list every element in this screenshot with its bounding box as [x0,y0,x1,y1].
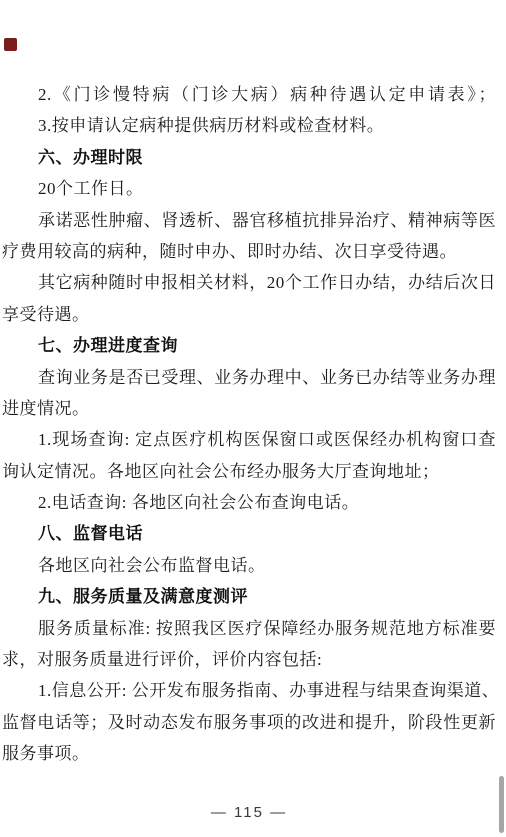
section-heading: 八、监督电话 [2,518,496,549]
text-line: 监督电话等；及时动态发布服务事项的改进和提升，阶段性更新 [2,707,496,738]
text-line: 1.现场查询: 定点医疗机构医保窗口或医保经办机构窗口查 [2,424,496,455]
red-square-marker-icon [4,38,17,51]
text-line: 2.电话查询: 各地区向社会公布查询电话。 [2,487,496,518]
text-line: 享受待遇。 [2,299,496,330]
text-line: 求，对服务质量进行评价，评价内容包括: [2,644,496,675]
text-line: 询认定情况。各地区向社会公布经办服务大厅查询地址； [2,456,496,487]
text-line: 进度情况。 [2,393,496,424]
text-line: 疗费用较高的病种，随时申办、即时办结、次日享受待遇。 [2,236,496,267]
section-heading: 六、办理时限 [2,142,496,173]
text-line: 各地区向社会公布监督电话。 [2,550,496,581]
page-number: — 115 — [2,804,496,821]
text-line: 2.《门诊慢特病（门诊大病）病种待遇认定申请表》； [2,79,496,110]
text-line: 服务事项。 [2,738,496,769]
text-line: 20个工作日。 [2,173,496,204]
text-line: 承诺恶性肿瘤、肾透析、器官移植抗排异治疗、精神病等医 [2,205,496,236]
section-heading: 七、办理进度查询 [2,330,496,361]
text-line: 查询业务是否已受理、业务办理中、业务已办结等业务办理 [2,362,496,393]
scrollbar-thumb[interactable] [499,776,504,833]
text-line: 服务质量标准: 按照我区医疗保障经办服务规范地方标准要 [2,613,496,644]
text-line: 其它病种随时申报相关材料，20个工作日办结，办结后次日 [2,267,496,298]
document-page: 2.《门诊慢特病（门诊大病）病种待遇认定申请表》；3.按申请认定病种提供病历材料… [0,0,506,837]
text-line: 1.信息公开: 公开发布服务指南、办事进程与结果查询渠道、 [2,675,496,706]
text-line: 3.按申请认定病种提供病历材料或检查材料。 [2,110,496,141]
document-body: 2.《门诊慢特病（门诊大病）病种待遇认定申请表》；3.按申请认定病种提供病历材料… [2,79,496,770]
section-heading: 九、服务质量及满意度测评 [2,581,496,612]
